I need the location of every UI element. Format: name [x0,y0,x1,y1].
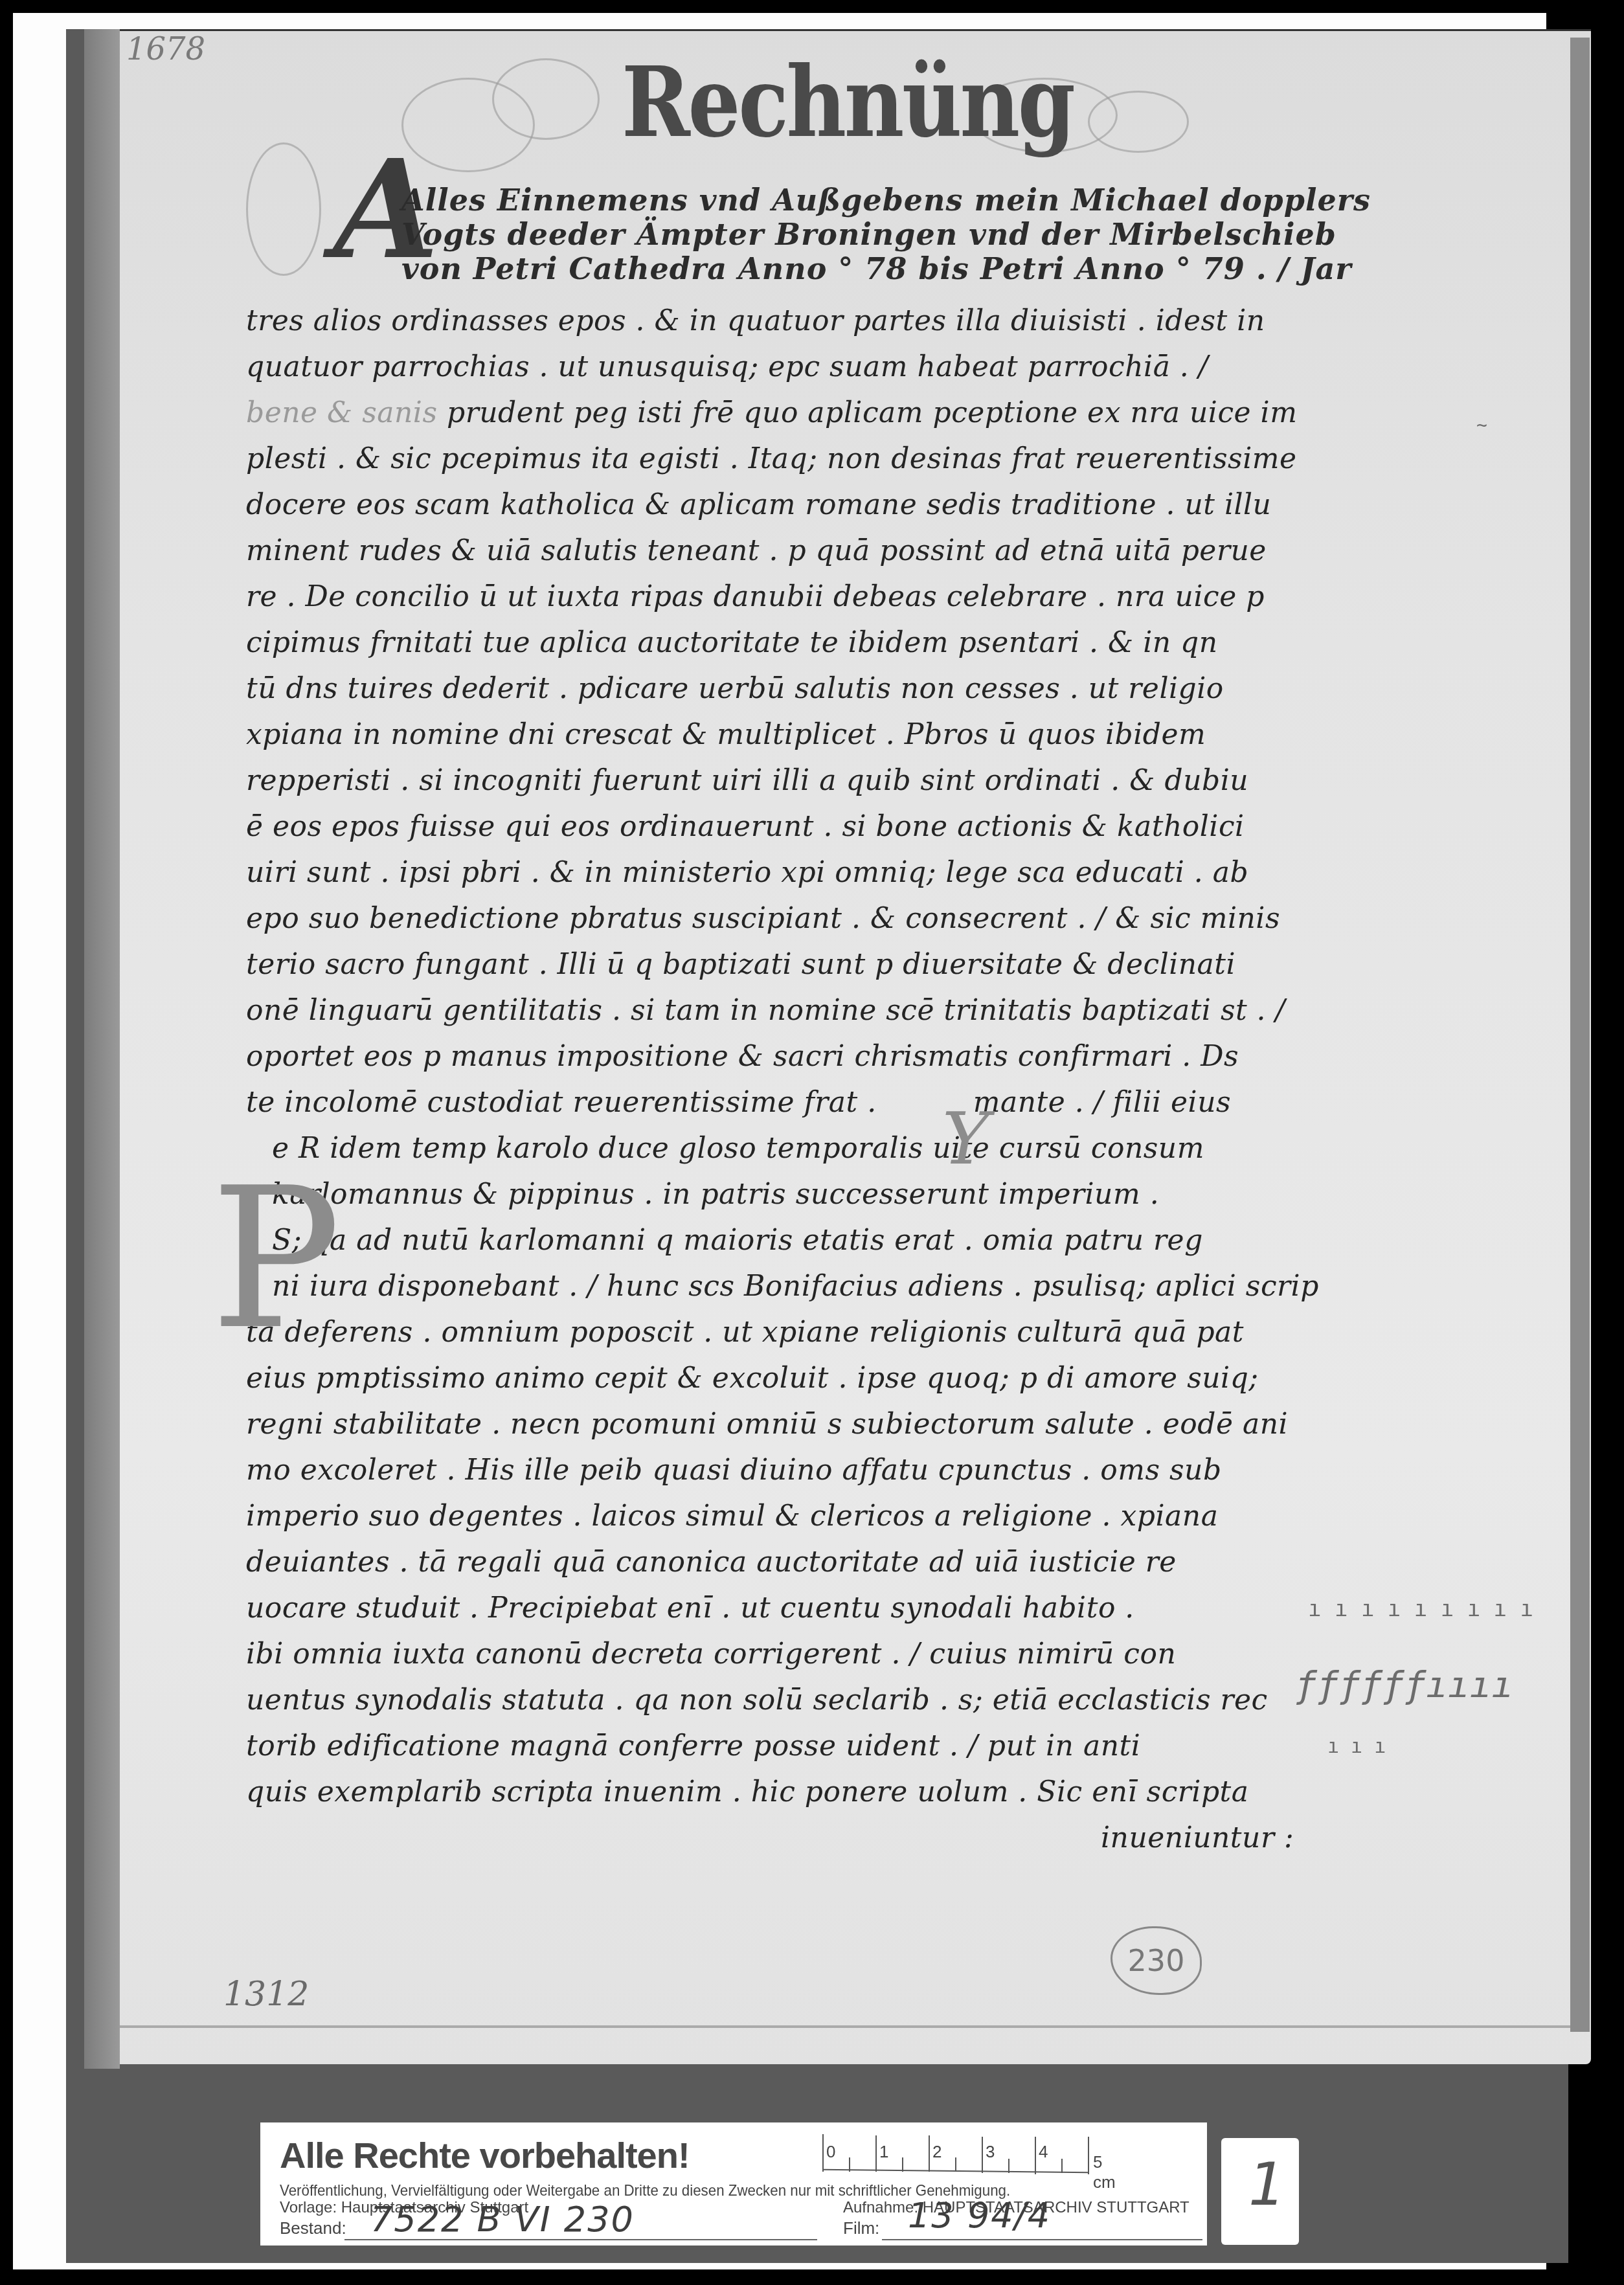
label-title: Alle Rechte vorbehalten! [280,2134,690,2176]
ruler-label: 4 [1039,2142,1048,2162]
sheet-number: 1 [1248,2151,1285,2219]
text-line: torib edificatione magnā conferre posse … [246,1729,1321,1775]
text-line: cipimus frnitati tue aplica auctoritate … [246,626,1321,672]
text-line: quis exemplarib scripta inuenim . hic po… [246,1775,1321,1821]
ruler-label: 1 [879,2142,888,2162]
ruler-unit: 5 cm [1093,2152,1127,2192]
flourish-ornament [1088,91,1189,153]
text-line: onē linguarū gentilitatis . si tam in no… [246,994,1321,1040]
text-line: te incolomē custodiat reuerentissime fra… [246,1086,1321,1132]
manuscript-text: tres alios ordinasses epos . & in quatuo… [246,304,1321,1867]
decorated-initial-p: P [210,1162,341,1356]
ruler-tick [982,2137,983,2173]
text-line-content: te incolomē custodiat reuerentissime fra… [246,1086,877,1119]
text-line: inueniuntur : [246,1821,1321,1867]
text-line: tū dns tuires dederit . pdicare uerbū sa… [246,672,1321,718]
text-line: mo excoleret . His ille peib quasi diuin… [246,1454,1321,1500]
sheet-number-card: 1 [1221,2138,1299,2245]
ruler-label: 3 [986,2142,995,2162]
ruler-tick [955,2157,956,2172]
ruler-tick [1061,2159,1063,2173]
header-line-1: Alles Einnemens vnd Außgebens mein Micha… [401,183,1371,218]
text-line: uentus synodalis statuta . qa non solū s… [246,1683,1321,1729]
margin-tally: ı ı ı ı ı ı ı ı ı [1308,1596,1533,1622]
text-line: ni iura disponebant . / hunc scs Bonifac… [246,1270,1321,1316]
text-line: karlomannus & pippinus . in patris succe… [246,1178,1321,1224]
text-line: terio sacro fungant . Illi ū q baptizati… [246,948,1321,994]
text-line: eius pmptissimo animo cepit & excoluit .… [246,1362,1321,1408]
page-fold-line [120,2025,1570,2028]
text-line-content: prudent peg isti frē quo aplicam pceptio… [447,396,1297,429]
text-line: ē eos epos fuisse qui eos ordinauerunt .… [246,810,1321,856]
ruler-tick [849,2157,850,2172]
bestand-value: 7522 B VI 230 [370,2199,635,2240]
text-line: plesti . & sic pcepimus ita egisti . Ita… [246,442,1321,488]
page-right-edge [1570,38,1590,2032]
text-line: uocare studuit . Precipiebat enī . ut cu… [246,1592,1321,1638]
text-line: regni stabilitate . necn pcomuni omniū s… [246,1408,1321,1454]
bestand-label: Bestand: [280,2218,346,2238]
text-line: deuiantes . tā regali quā canonica aucto… [246,1546,1321,1592]
ruler-tick [1088,2137,1089,2174]
text-line: re . De concilio ū ut iuxta ripas danubi… [246,580,1321,626]
text-line: oportet eos p manus impositione & sacri … [246,1040,1321,1086]
text-line: S; qa ad nutū karlomanni q maioris etati… [246,1224,1321,1270]
scale-ruler: 0 1 2 3 4 5 cm [822,2134,1127,2173]
interlinear-gloss: bene & sanis [246,396,438,429]
page-heading: Rechnüng [622,45,1073,159]
ruler-label: 5 [1093,2152,1102,2172]
text-line: imperio suo degentes . laicos simul & cl… [246,1500,1321,1546]
ruler-unit-text: cm [1093,2172,1116,2192]
text-line: e R idem temp karolo duce gloso temporal… [246,1132,1321,1178]
page-binding-edge [84,29,120,2069]
film-underline [882,2239,1202,2240]
text-line: quatuor parrochias . ut unusquisq; epc s… [246,350,1321,396]
ruler-tick [929,2135,930,2172]
text-line: repperisti . si incogniti fuerunt uiri i… [246,764,1321,810]
text-line: ibi omnia iuxta canonū decreta corrigere… [246,1638,1321,1683]
ruler-tick [822,2134,824,2172]
text-line: xpiana in nomine dni crescat & multiplic… [246,718,1321,764]
margin-number-bottom-left: 1312 [223,1975,309,2014]
decorated-initial-y: Y [942,1097,989,1180]
text-line: ta deferens . omnium poposcit . ut xpian… [246,1316,1321,1362]
archive-label: Alle Rechte vorbehalten! 0 1 2 3 4 5 cm … [260,2122,1207,2246]
film-label: Film: [843,2218,879,2238]
header-line-2: Vogts deeder Ämpter Broningen vnd der Mi… [401,217,1336,252]
ruler-tick [902,2157,903,2172]
ruler-tick [1035,2137,1036,2174]
margin-number-top-left: 1678 [126,31,205,67]
bestand-underline [344,2239,817,2240]
ruler-tick [875,2135,877,2172]
text-line: tres alios ordinasses epos . & in quatuo… [246,304,1321,350]
margin-mark: ~ [1476,414,1487,436]
ruler-label: 0 [826,2142,835,2162]
text-line-tail: mante . / filii eius [973,1086,1231,1119]
text-line: epo suo benedictione pbratus suscipiant … [246,902,1321,948]
text-line: uiri sunt . ipsi pbri . & in ministerio … [246,856,1321,902]
flourish-ornament [246,142,321,276]
text-line: bene & sanis prudent peg isti frē quo ap… [246,396,1321,442]
flourish-ornament [492,58,600,140]
ruler-label: 2 [932,2142,942,2162]
film-value: 13 94/4 [908,2195,1051,2236]
text-line: docere eos scam katholica & aplicam roma… [246,488,1321,534]
label-description: Veröffentlichung, Vervielfältigung oder … [280,2182,1010,2200]
ruler-tick [1008,2159,1009,2173]
text-line: minent rudes & uiā salutis teneant . p q… [246,534,1321,580]
header-line-3: von Petri Cathedra Anno ° 78 bis Petri A… [401,251,1352,286]
margin-tally: ı ı ı [1327,1735,1386,1758]
margin-tally: ƒƒƒƒƒƒıııı [1295,1664,1513,1706]
